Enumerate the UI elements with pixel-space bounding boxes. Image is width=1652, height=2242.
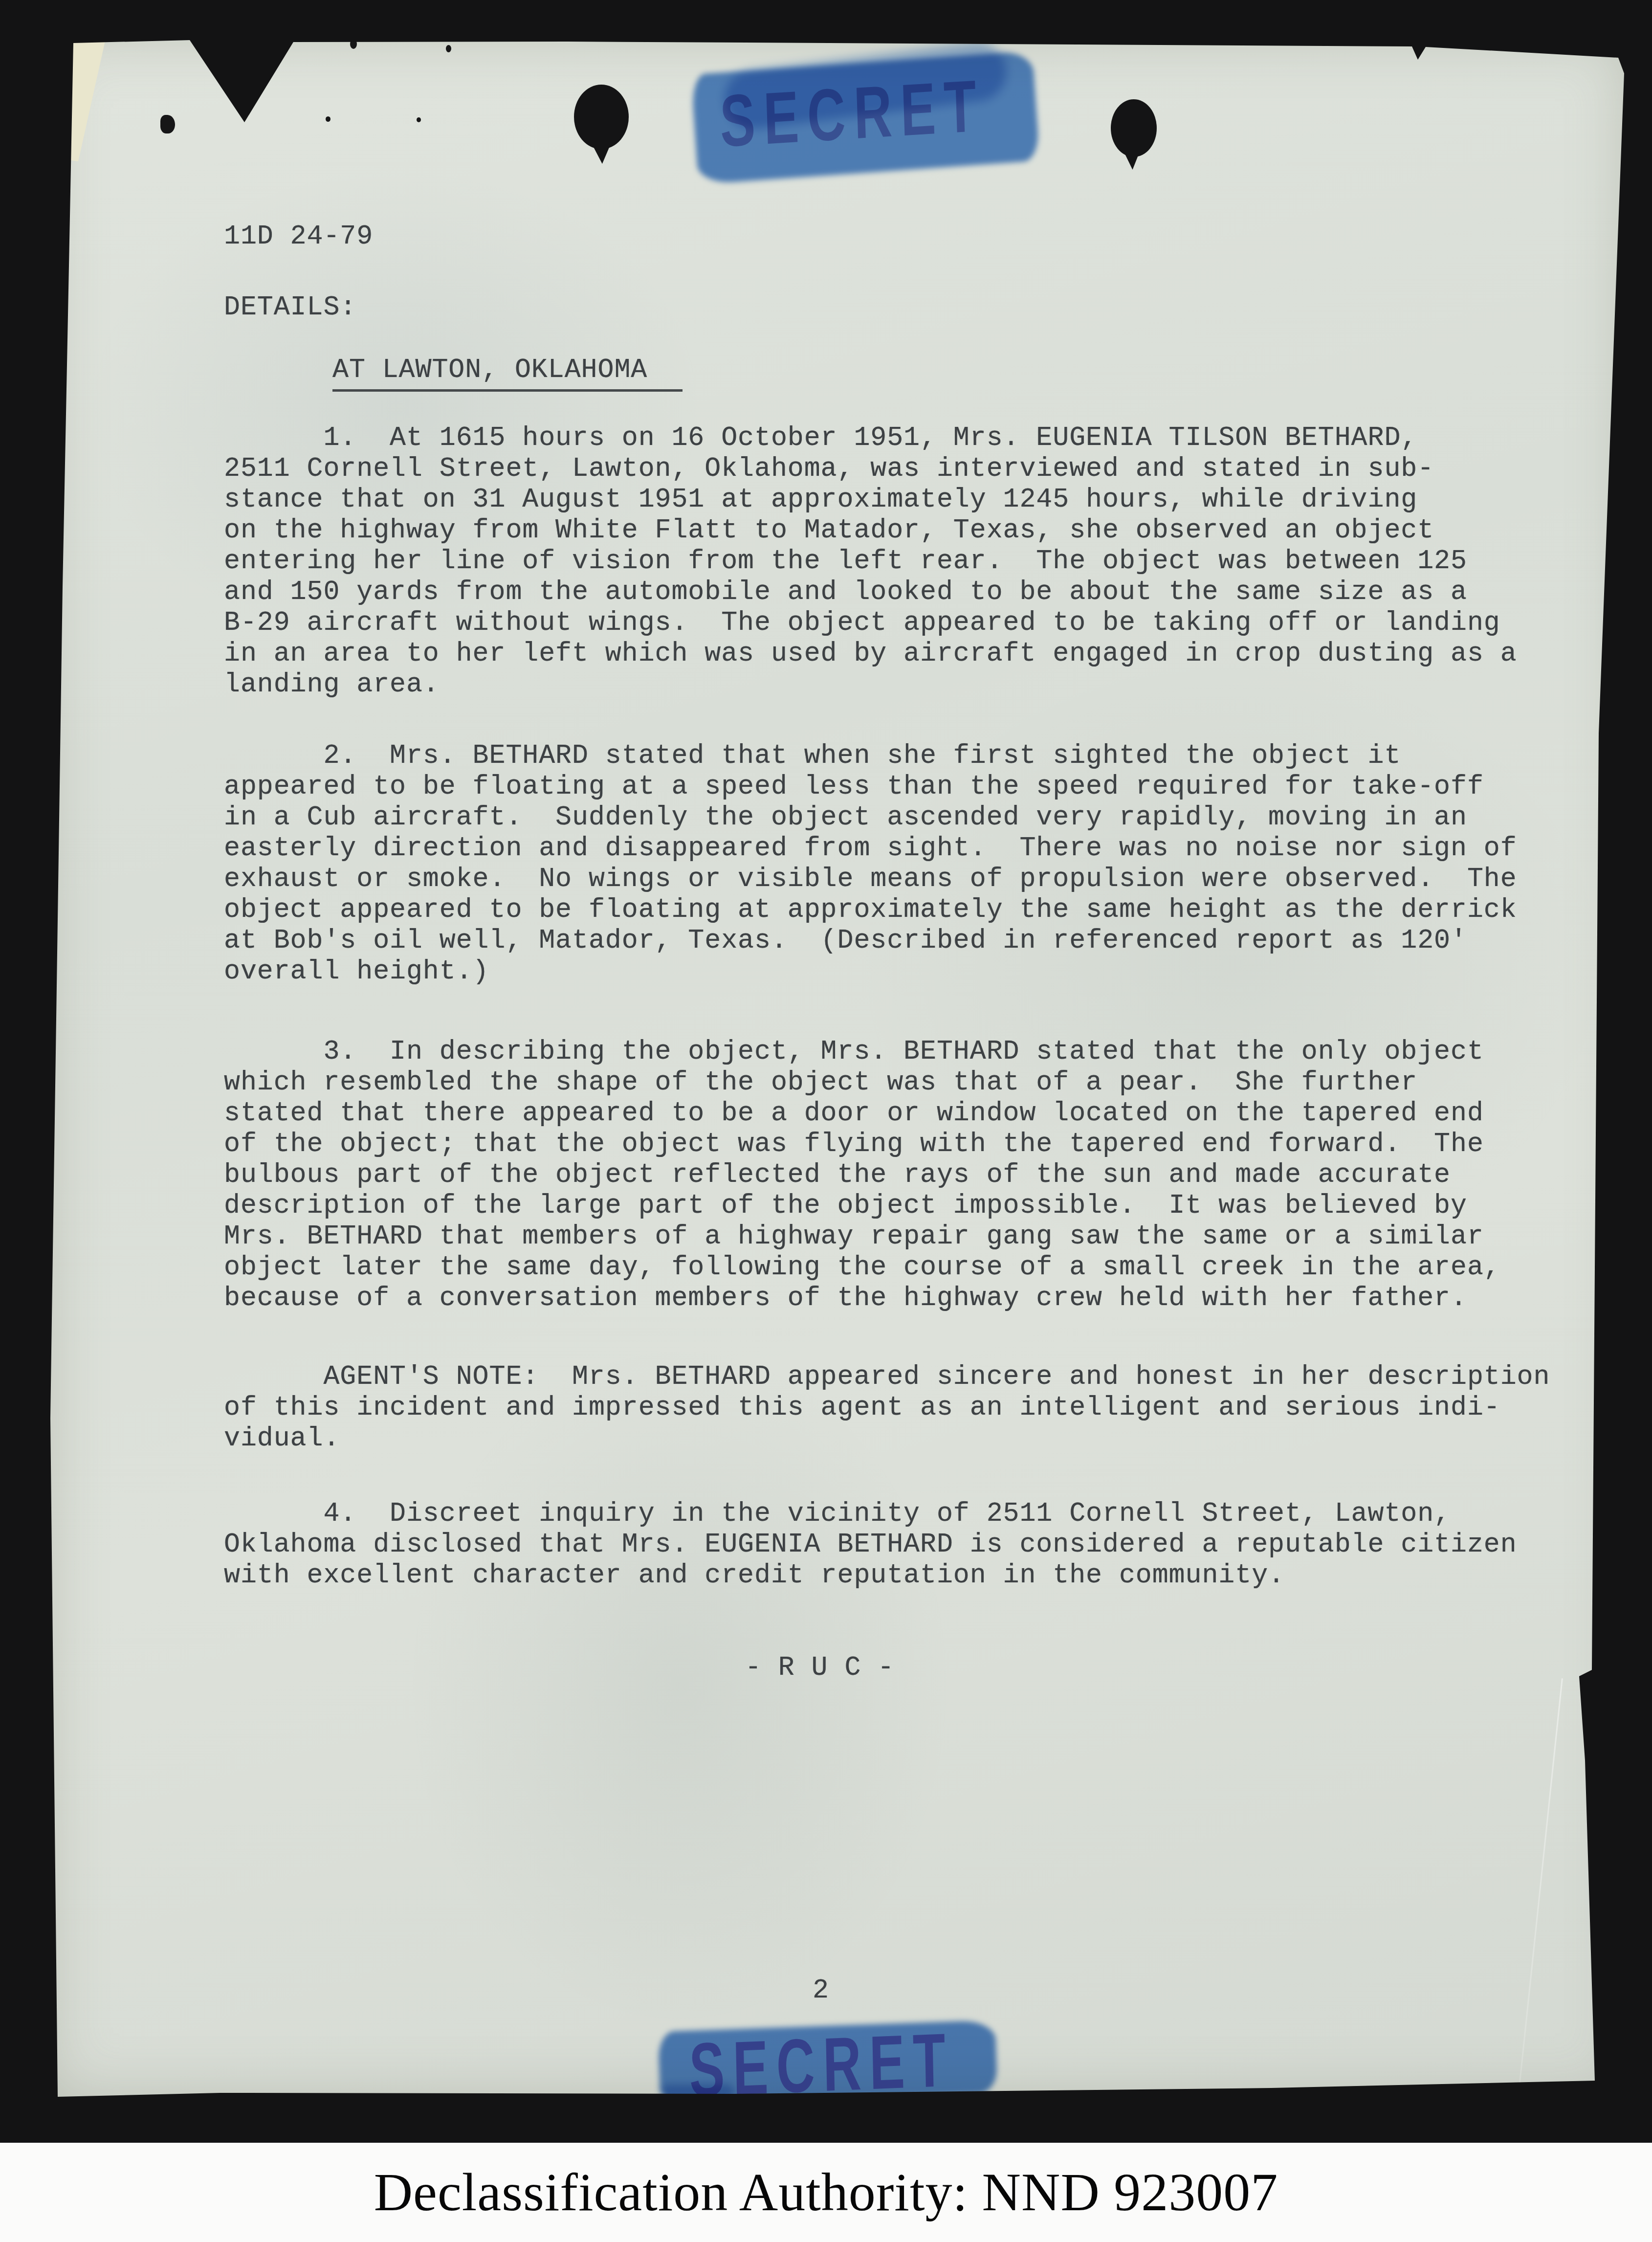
section-heading: AT LAWTON, OKLAHOMA: [332, 355, 683, 392]
paper-speck: [160, 115, 175, 133]
paper-speck: [446, 45, 451, 52]
agents-note: AGENT'S NOTE: Mrs. BETHARD appeared sinc…: [224, 1361, 1550, 1454]
paper-speck: [417, 117, 421, 122]
file-reference: 11D 24-79: [224, 221, 373, 252]
hole-punch-right: [1111, 99, 1157, 157]
section-heading-text: AT LAWTON, OKLAHOMA: [332, 355, 683, 392]
hole-punch-right-tear: [1124, 153, 1139, 170]
hole-punch-left-tear: [593, 145, 610, 164]
torn-corner-fold: [68, 38, 112, 165]
blue-marker-redaction-bottom-tail: [661, 2084, 734, 2100]
paragraph-4: 4. Discreet inquiry in the vicinity of 2…: [224, 1498, 1517, 1591]
page-number: 2: [813, 1975, 829, 2006]
paper-crease: [1519, 1678, 1563, 2087]
paragraph-1: 1. At 1615 hours on 16 October 1951, Mrs…: [224, 422, 1517, 700]
hole-punch-left: [574, 85, 629, 149]
paper-speck: [326, 116, 330, 122]
document-page: 11D 24-79 DETAILS: AT LAWTON, OKLAHOMA 1…: [49, 37, 1626, 2098]
declassification-text: Declassification Authority: NND 923007: [374, 2161, 1278, 2223]
paragraph-2: 2. Mrs. BETHARD stated that when she fir…: [224, 740, 1517, 987]
ruc-closing: - R U C -: [745, 1652, 894, 1683]
paragraph-3: 3. In describing the object, Mrs. BETHAR…: [224, 1036, 1500, 1313]
details-label: DETAILS:: [224, 292, 356, 323]
scan-background: 11D 24-79 DETAILS: AT LAWTON, OKLAHOMA 1…: [0, 0, 1652, 2242]
declassification-band: Declassification Authority: NND 923007: [0, 2143, 1652, 2242]
paper-speck: [350, 39, 357, 49]
